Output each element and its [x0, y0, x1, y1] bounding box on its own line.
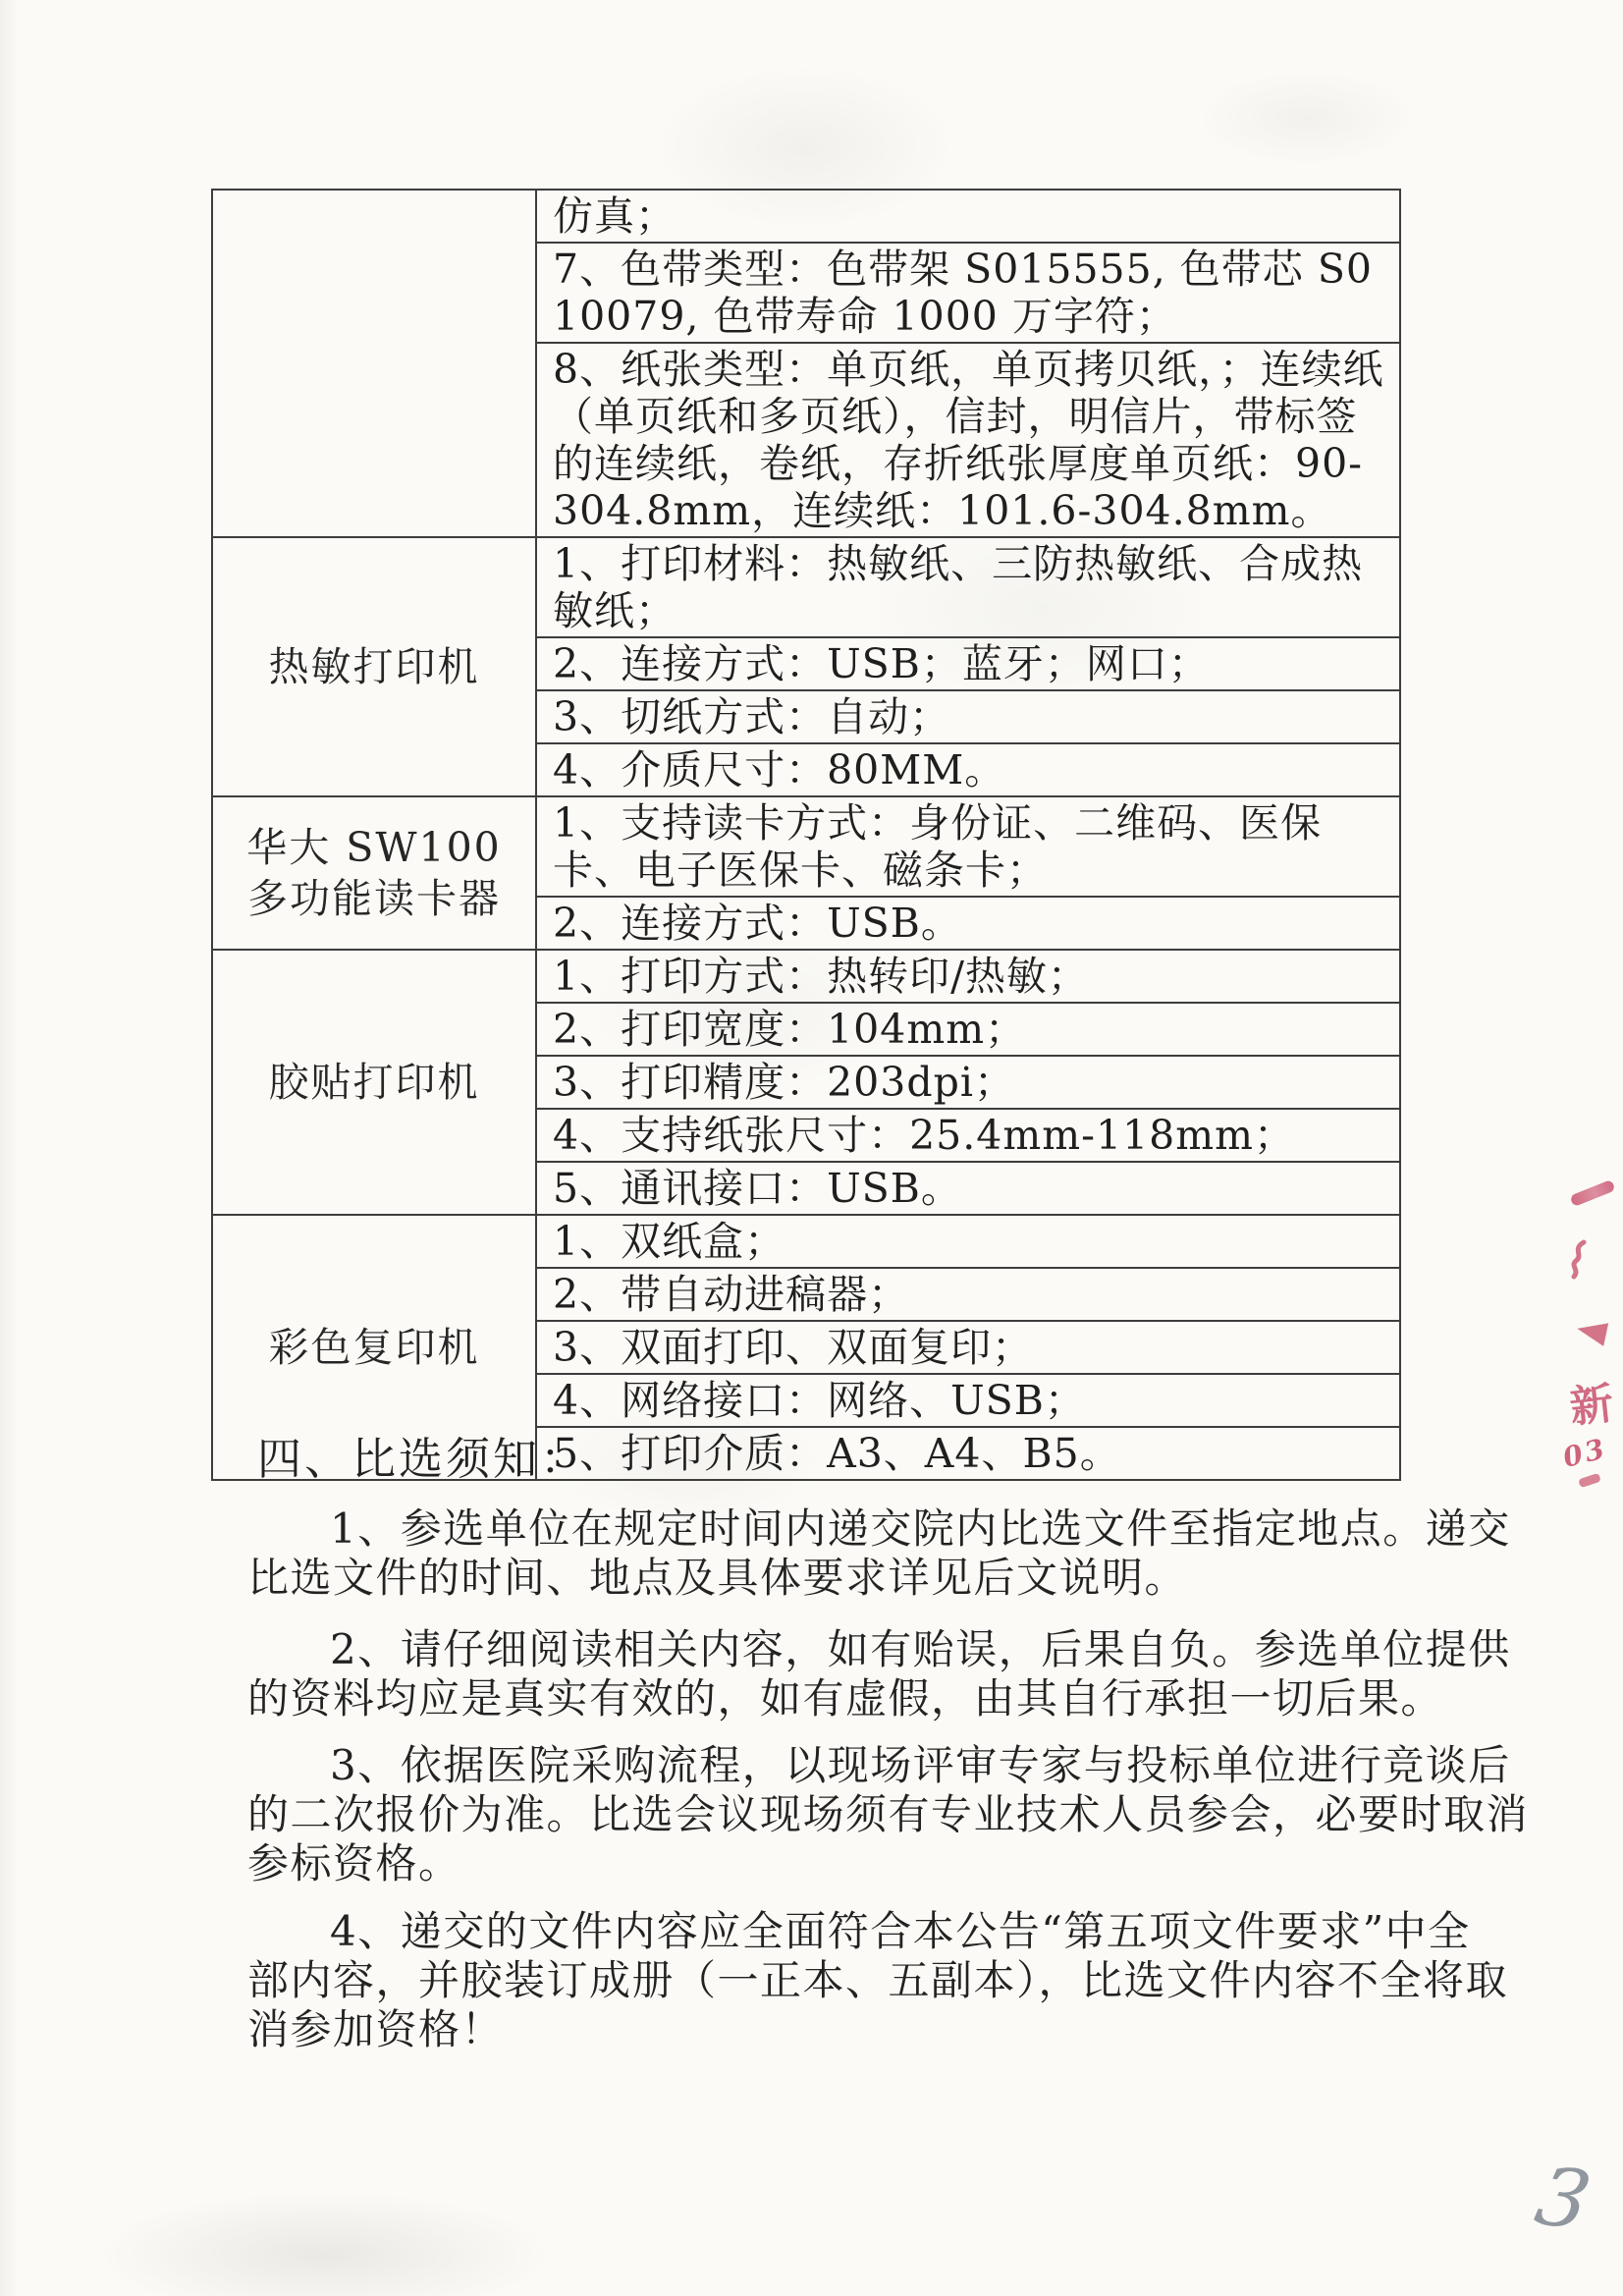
- paragraph-line: 部内容，并胶装订成册（一正本、五副本），比选文件内容不全将取: [247, 1956, 1508, 2005]
- notice-paragraph: 2、请仔细阅读相关内容，如有贻误，后果自负。参选单位提供的资料均应是真实有效的，…: [247, 1625, 1511, 1723]
- device-name-cell: 胶贴打印机: [212, 950, 536, 1215]
- spec-cell: 7、色带类型：色带架 S015555, 色带芯 S010079, 色带寿命 10…: [536, 243, 1400, 343]
- spec-cell: 8、纸张类型：单页纸，单页拷贝纸，；连续纸（单页纸和多页纸），信封，明信片，带标…: [536, 343, 1400, 537]
- stamp-blob-icon: [1578, 1473, 1601, 1488]
- spec-cell: 仿真；: [536, 190, 1400, 243]
- spec-table: 仿真；7、色带类型：色带架 S015555, 色带芯 S010079, 色带寿命…: [211, 189, 1401, 1481]
- spec-cell: 2、连接方式：USB。: [536, 897, 1400, 950]
- paragraph-line: 的资料均应是真实有效的，如有虚假，由其自行承担一切后果。: [247, 1674, 1511, 1723]
- notice-heading: 四、比选须知：: [257, 1423, 587, 1487]
- spec-cell: 1、支持读卡方式：身份证、二维码、医保卡、电子医保卡、磁条卡；: [536, 796, 1400, 897]
- spec-cell: 1、双纸盒；: [536, 1215, 1400, 1268]
- device-name-cell: 热敏打印机: [212, 537, 536, 796]
- page-number-handwritten: 3: [1528, 2150, 1597, 2248]
- spec-cell: 2、带自动进稿器；: [536, 1268, 1400, 1321]
- spec-cell: 3、打印精度：203dpi；: [536, 1056, 1400, 1109]
- spec-cell: 2、连接方式：USB；蓝牙；网口；: [536, 637, 1400, 690]
- notice-paragraph: 1、参选单位在规定时间内递交院内比选文件至指定地点。递交比选文件的时间、地点及具…: [247, 1504, 1511, 1603]
- spec-cell: 5、打印介质：A3、A4、B5。: [536, 1427, 1400, 1480]
- paragraph-line: 2、请仔细阅读相关内容，如有贻误，后果自负。参选单位提供: [247, 1625, 1511, 1674]
- spec-cell: 2、打印宽度：104mm；: [536, 1003, 1400, 1056]
- paragraph-line: 1、参选单位在规定时间内递交院内比选文件至指定地点。递交: [247, 1504, 1511, 1554]
- table-row: 热敏打印机1、打印材料：热敏纸、三防热敏纸、合成热敏纸；: [212, 537, 1400, 637]
- spec-cell: 3、双面打印、双面复印；: [536, 1321, 1400, 1374]
- table-row: 胶贴打印机1、打印方式：热转印/热敏；: [212, 950, 1400, 1003]
- stamp-stroke-icon: [1569, 1179, 1615, 1207]
- stamp-squiggle-icon: [1567, 1239, 1589, 1281]
- spec-cell: 1、打印材料：热敏纸、三防热敏纸、合成热敏纸；: [536, 537, 1400, 637]
- paragraph-line: 的二次报价为准。比选会议现场须有专业技术人员参会，必要时取消: [247, 1790, 1529, 1839]
- spec-cell: 3、切纸方式：自动；: [536, 690, 1400, 743]
- table-row: 仿真；: [212, 190, 1400, 243]
- spec-cell: 4、支持纸张尺寸：25.4mm-118mm；: [536, 1109, 1400, 1162]
- stamp-character-icon: 新: [1568, 1383, 1615, 1430]
- notice-paragraph: 4、递交的文件内容应全面符合本公告“第五项文件要求”中全部内容，并胶装订成册（一…: [247, 1907, 1508, 2054]
- stamp-digits: 03: [1560, 1435, 1609, 1472]
- spec-cell: 4、介质尺寸：80MM。: [536, 743, 1400, 796]
- paragraph-line: 3、依据医院采购流程，以现场评审专家与投标单位进行竞谈后: [247, 1741, 1529, 1790]
- stamp-triangle-icon: [1575, 1317, 1608, 1346]
- paragraph-line: 参标资格。: [247, 1839, 1529, 1888]
- scanned-document-page: 仿真；7、色带类型：色带架 S015555, 色带芯 S010079, 色带寿命…: [0, 0, 1623, 2296]
- spec-cell: 5、通讯接口：USB。: [536, 1162, 1400, 1215]
- notice-paragraph: 3、依据医院采购流程，以现场评审专家与投标单位进行竞谈后的二次报价为准。比选会议…: [247, 1741, 1529, 1888]
- table-row: 彩色复印机1、双纸盒；: [212, 1215, 1400, 1268]
- spec-cell: 4、网络接口：网络、USB；: [536, 1374, 1400, 1427]
- paragraph-line: 4、递交的文件内容应全面符合本公告“第五项文件要求”中全: [247, 1907, 1508, 1956]
- device-name-cell: [212, 190, 536, 537]
- spec-cell: 1、打印方式：热转印/热敏；: [536, 950, 1400, 1003]
- device-name-cell: 华大 SW100 多功能读卡器: [212, 796, 536, 950]
- paragraph-line: 比选文件的时间、地点及具体要求详见后文说明。: [247, 1554, 1511, 1603]
- table-row: 华大 SW100 多功能读卡器1、支持读卡方式：身份证、二维码、医保卡、电子医保…: [212, 796, 1400, 897]
- paragraph-line: 消参加资格！: [247, 2005, 1508, 2054]
